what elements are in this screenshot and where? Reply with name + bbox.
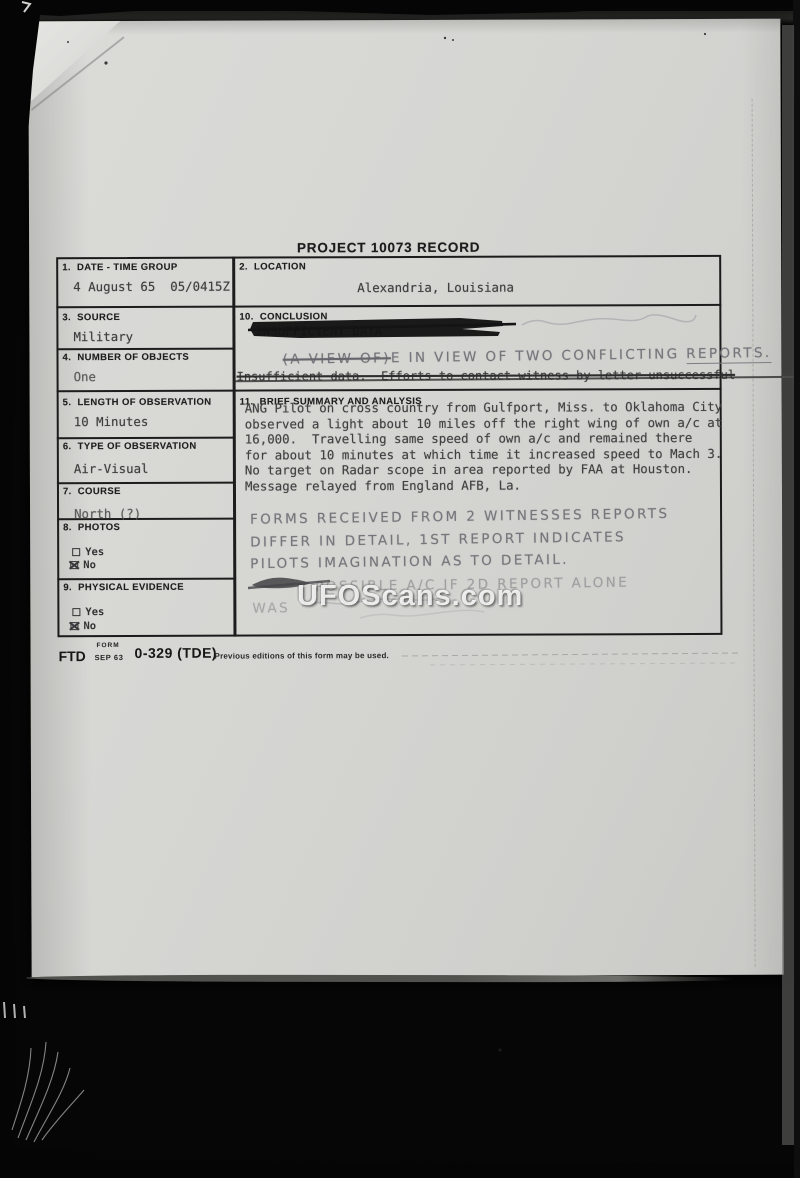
box4-value: One xyxy=(74,369,96,384)
footer-form-number: 0-329 (TDE) xyxy=(135,645,218,661)
struck-handwriting: (A VIEW OF) xyxy=(283,350,391,368)
watermark: UFOScans.com xyxy=(297,580,523,613)
summary-line: No target on Radar scope in area reporte… xyxy=(245,461,722,478)
box10-label: 10. CONCLUSION xyxy=(239,311,327,322)
summary-line: ANG Pilot on cross country from Gulfport… xyxy=(245,399,722,416)
underlined-handwriting: REPORTS. xyxy=(686,345,772,364)
box11-typed-summary: ANG Pilot on cross country from Gulfport… xyxy=(245,399,723,494)
box1-value: 4 August 65 05/0415Z xyxy=(73,279,230,295)
box9-label: 9. PHYSICAL EVIDENCE xyxy=(63,582,184,593)
summary-line: Message relayed from England AFB, La. xyxy=(245,477,722,494)
footer-note: Previous editions of this form may be us… xyxy=(215,651,389,661)
footer-form-word: FORM xyxy=(97,642,120,649)
box4-label: 4. NUMBER OF OBJECTS xyxy=(62,352,189,363)
evidence-yes-row: Yes xyxy=(72,606,104,618)
checkbox-unchecked-icon xyxy=(72,608,80,616)
handwriting: E IN VIEW OF TWO CONFLICTING xyxy=(391,346,686,366)
box6-label: 6. TYPE OF OBSERVATION xyxy=(63,441,197,452)
evidence-no-row: No xyxy=(70,620,96,632)
summary-line: for about 10 minutes at which time it in… xyxy=(245,446,722,463)
checkbox-unchecked-icon xyxy=(72,548,80,556)
photos-no-row: No xyxy=(70,559,96,571)
paper-fold-line xyxy=(752,99,756,967)
box3-value: Military xyxy=(73,329,133,344)
footer-date: SEP 63 xyxy=(95,653,124,662)
form-page: PROJECT 10073 RECORD 1. DATE - TIME GROU… xyxy=(28,19,783,978)
form-title: PROJECT 10073 RECORD xyxy=(56,239,721,256)
box7-label: 7. COURSE xyxy=(63,486,121,497)
box5-value: 10 Minutes xyxy=(74,414,149,429)
box2-label: 2. LOCATION xyxy=(239,261,306,272)
evidence-yes-label: Yes xyxy=(85,606,104,618)
summary-line: observed a light about 10 miles off the … xyxy=(245,414,722,431)
box8-label: 8. PHOTOS xyxy=(63,522,120,533)
folded-corner xyxy=(28,21,120,103)
photos-no-label: No xyxy=(83,559,96,571)
checkbox-x-icon xyxy=(70,561,78,569)
photos-yes-label: Yes xyxy=(85,546,104,558)
box7-value: North (?) xyxy=(74,506,141,521)
summary-line: 16,000. Travelling same speed of own a/c… xyxy=(245,430,722,447)
photos-yes-row: Yes xyxy=(72,546,104,558)
film-edge-right xyxy=(793,0,800,1178)
box3-label: 3. SOURCE xyxy=(62,312,120,323)
checkbox-x-icon xyxy=(70,622,78,630)
box6-value: Air-Visual xyxy=(74,461,149,476)
box2-value: Alexandria, Louisiana xyxy=(357,280,514,296)
evidence-no-label: No xyxy=(83,620,96,632)
analyst-note-line: WAS xyxy=(252,600,290,617)
box1-label: 1. DATE - TIME GROUP xyxy=(62,262,177,273)
scanned-document-photo: PROJECT 10073 RECORD 1. DATE - TIME GROU… xyxy=(0,0,800,1178)
box10-struck-typed-line: Insufficient data. Efforts to contact wi… xyxy=(237,367,800,384)
footer-ftd: FTD xyxy=(59,648,86,664)
box5-label: 5. LENGTH OF OBSERVATION xyxy=(63,397,212,409)
